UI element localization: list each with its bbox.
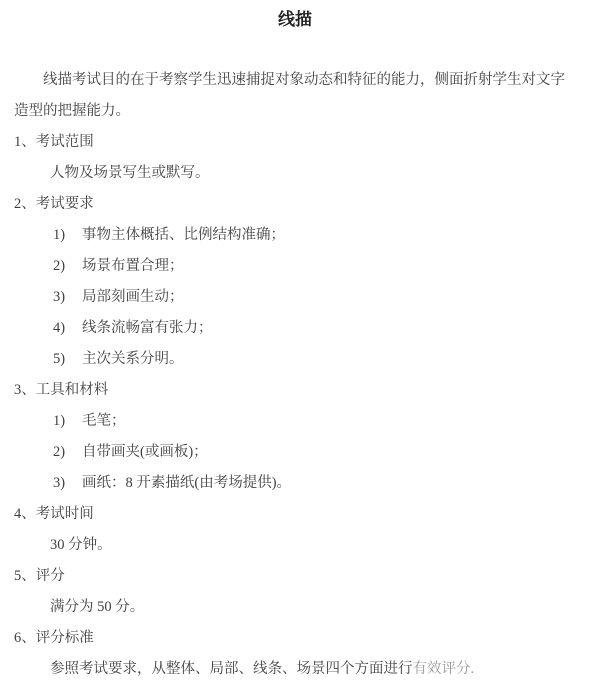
list-item: 3)局部刻画生动； bbox=[53, 282, 576, 313]
section-4-body: 30 分钟。 bbox=[50, 530, 576, 561]
section-6-body-main: 参照考试要求，从整体、局部、线条、场景四个方面进行 bbox=[50, 661, 413, 677]
section-4-heading: 4、考试时间 bbox=[14, 499, 576, 530]
section-1-heading: 1、考试范围 bbox=[14, 127, 576, 158]
list-item-number: 4) bbox=[53, 313, 82, 344]
list-item-text: 事物主体概括、比例结构准确； bbox=[82, 227, 285, 243]
section-6-heading: 6、评分标准 bbox=[14, 623, 576, 654]
list-item: 5)主次关系分明。 bbox=[53, 344, 576, 375]
list-item-text: 主次关系分明。 bbox=[82, 351, 184, 367]
list-item-number: 3) bbox=[53, 282, 82, 313]
list-item-number: 1) bbox=[53, 406, 82, 437]
list-item-text: 自带画夹(或画板)； bbox=[82, 444, 208, 460]
list-item-text: 毛笔； bbox=[82, 413, 126, 429]
section-3-heading: 3、工具和材料 bbox=[14, 375, 576, 406]
section-5-heading: 5、评分 bbox=[14, 561, 576, 592]
list-item-number: 1) bbox=[53, 220, 82, 251]
list-item: 1)毛笔； bbox=[53, 406, 576, 437]
intro-paragraph: 线描考试目的在于考察学生迅速捕捉对象动态和特征的能力，侧面折射学生对文字造型的把… bbox=[14, 65, 576, 127]
list-item-number: 2) bbox=[53, 437, 82, 468]
document-title: 线描 bbox=[14, 8, 576, 32]
list-item-number: 5) bbox=[53, 344, 82, 375]
section-1-body: 人物及场景写生或默写。 bbox=[50, 158, 576, 189]
list-item: 2)自带画夹(或画板)； bbox=[53, 437, 576, 468]
list-item-text: 场景布置合理； bbox=[82, 258, 184, 274]
list-item-text: 局部刻画生动； bbox=[82, 289, 184, 305]
list-item-number: 2) bbox=[53, 251, 82, 282]
list-item: 4)线条流畅富有张力； bbox=[53, 313, 576, 344]
section-6-body: 参照考试要求，从整体、局部、线条、场景四个方面进行有效评分. bbox=[50, 654, 576, 685]
section-6-body-faded: 有效评分. bbox=[413, 661, 475, 677]
document-page: 线描 线描考试目的在于考察学生迅速捕捉对象动态和特征的能力，侧面折射学生对文字造… bbox=[0, 0, 590, 700]
section-2-heading: 2、考试要求 bbox=[14, 189, 576, 220]
list-item: 1)事物主体概括、比例结构准确； bbox=[53, 220, 576, 251]
section-5-body: 满分为 50 分。 bbox=[50, 592, 576, 623]
list-item-text: 线条流畅富有张力； bbox=[82, 320, 213, 336]
list-item: 2)场景布置合理； bbox=[53, 251, 576, 282]
list-item-number: 3) bbox=[53, 468, 82, 499]
list-item-text: 画纸：8 开素描纸(由考场提供)。 bbox=[82, 475, 291, 491]
list-item: 3)画纸：8 开素描纸(由考场提供)。 bbox=[53, 468, 576, 499]
